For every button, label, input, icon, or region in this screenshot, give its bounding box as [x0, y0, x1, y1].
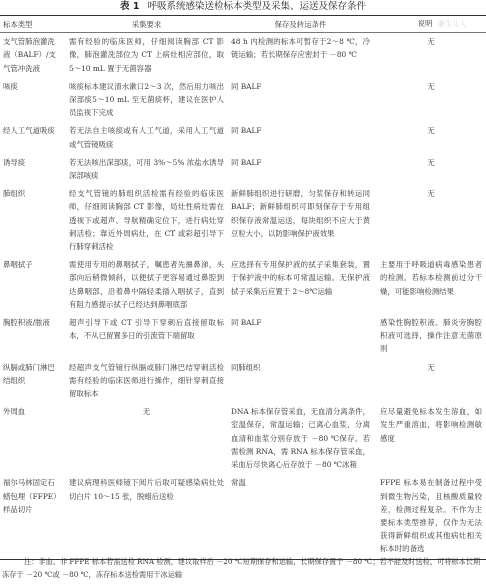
- cell-collection: 经超声支气管镜行纵膈或肺门淋巴结穿刺活检需有经验的临床医师进行操作，细针穿刺直接…: [66, 359, 228, 404]
- table-footnote: 注：非血、非 FFPE 标本若需送检 RNA 检测，建议取样后 －20 ℃短期保…: [2, 555, 484, 581]
- cell-collection: 超声引导下或 CT 引导下穿刺后直接留取标本，不从已留置多日的引流管下端留取: [66, 314, 228, 359]
- table-row: 鼻咽拭子 需使用专用的鼻咽拭子，嘱患者先擤鼻涕，头部向后稍微倾斜，以便拭子更容易…: [0, 256, 486, 314]
- header-collection: 采集要求: [66, 16, 228, 33]
- table-row: 福尔马林固定石蜡包埋（FFPE）样品切片 建议病理科医师镜下阅片后取可疑感染病灶…: [0, 474, 486, 559]
- table-row: 支气管肺泡灌洗液（BALF）/支气管冲洗液 需有经验的临床医师，仔细阅读胸部 C…: [0, 33, 486, 78]
- table-title: 呼吸系统感染送检标本类型及采集、运送及保存条件: [147, 1, 366, 12]
- table-caption: 表 1呼吸系统感染送检标本类型及采集、运送及保存条件: [0, 1, 486, 13]
- cell-type: 福尔马林固定石蜡包埋（FFPE）样品切片: [0, 474, 66, 559]
- cell-notes: 无: [374, 154, 486, 185]
- table-row: 咳痰 咳痰标本建议清水漱口2～3 次，然后用力咳出深部痰5～10 mL 至无菌痰…: [0, 78, 486, 123]
- header-storage: 保存及转运条件: [228, 16, 374, 33]
- cell-notes: 无: [374, 359, 486, 404]
- cell-notes: 无: [374, 122, 486, 153]
- cell-collection: 需使用专用的鼻咽拭子，嘱患者先擤鼻涕，头部向后稍微倾斜，以便拭子更容易通过鼻腔到…: [66, 256, 228, 314]
- cell-storage: 同 BALF: [228, 154, 374, 185]
- header-notes: 说明新生儿人: [374, 16, 486, 33]
- cell-notes: FFPE 标本易在制备过程中受到微生物污染，且核酸质量较差，检测过程复杂。不作为…: [374, 474, 486, 559]
- cell-type: 支气管肺泡灌洗液（BALF）/支气管冲洗液: [0, 33, 66, 78]
- cell-storage: 同 BALF: [228, 122, 374, 153]
- cell-collection: 无: [66, 403, 228, 474]
- cell-storage: 48 h 内检测的标本可暂存于2～8 ℃，冷链运输；若长期保存应密封于 －80 …: [228, 33, 374, 78]
- cell-notes: 感染性胸腔积液、肺炎旁胸腔积液可选择，操作注意无菌原则: [374, 314, 486, 359]
- cell-notes: 无: [374, 33, 486, 78]
- specimen-table: 标本类型 采集要求 保存及转运条件 说明新生儿人 支气管肺泡灌洗液（BALF）/…: [0, 15, 486, 560]
- cell-type: 外周血: [0, 403, 66, 474]
- table-row: 外周血 无 DNA 标本保存管采血，无血清分离条件，室温保存，常温运输；已离心血…: [0, 403, 486, 474]
- cell-storage: 同肺组织: [228, 359, 374, 404]
- cell-notes: 应尽量避免标本发生溶血，如发生严重溶血，将影响检测敏感度: [374, 403, 486, 474]
- watermark: 新生儿人: [438, 20, 466, 28]
- cell-notes: 主要用于呼吸道病毒感染患者的检测。若标本检测前过分干燥，可能影响检测结果: [374, 256, 486, 314]
- cell-collection: 需有经验的临床医师，仔细阅读胸部 CT 影像，肺泡灌洗部位为 CT 上病灶相应部…: [66, 33, 228, 78]
- cell-type: 鼻咽拭子: [0, 256, 66, 314]
- cell-type: 纵膈或肺门淋巴结组织: [0, 359, 66, 404]
- cell-collection: 建议病理科医师镜下阅片后取可疑感染病灶处切白片 10～15 张，脱蜡后送检: [66, 474, 228, 559]
- table-row: 纵膈或肺门淋巴结组织 经超声支气管镜行纵膈或肺门淋巴结穿刺活检需有经验的临床医师…: [0, 359, 486, 404]
- cell-type: 咳痰: [0, 78, 66, 123]
- cell-type: 胸腔积液/脓液: [0, 314, 66, 359]
- cell-type: 肺组织: [0, 185, 66, 256]
- cell-collection: 若无法自主咳痰或有人工气道，采用人工气道或气管镜吸痰: [66, 122, 228, 153]
- table-row: 肺组织 经支气管镜的肺组织活检需有经验的临床医师，仔细阅读胸部 CT 影像，局灶…: [0, 185, 486, 256]
- cell-storage: 同 BALF: [228, 314, 374, 359]
- cell-notes: 无: [374, 185, 486, 256]
- table-number: 表 1: [120, 1, 139, 12]
- cell-storage: 新鲜肺组织进行研磨，匀浆保存和转运同 BALF；新鲜肺组织可即刻保存于专用组织保…: [228, 185, 374, 256]
- cell-type: 诱导痰: [0, 154, 66, 185]
- table-row: 诱导痰 若无法咳出深部痰，可用 3%～5% 浓盐水诱导深部咳痰 同 BALF 无: [0, 154, 486, 185]
- header-specimen-type: 标本类型: [0, 16, 66, 33]
- table-row: 经人工气道吸痰 若无法自主咳痰或有人工气道，采用人工气道或气管镜吸痰 同 BAL…: [0, 122, 486, 153]
- cell-collection: 经支气管镜的肺组织活检需有经验的临床医师，仔细阅读胸部 CT 影像，局灶性病灶需…: [66, 185, 228, 256]
- table-row: 胸腔积液/脓液 超声引导下或 CT 引导下穿刺后直接留取标本，不从已留置多日的引…: [0, 314, 486, 359]
- cell-storage: 常温: [228, 474, 374, 559]
- cell-collection: 若无法咳出深部痰，可用 3%～5% 浓盐水诱导深部咳痰: [66, 154, 228, 185]
- cell-notes: 无: [374, 78, 486, 123]
- cell-collection: 咳痰标本建议清水漱口2～3 次，然后用力咳出深部痰5～10 mL 至无菌痰杯，建…: [66, 78, 228, 123]
- table-header-row: 标本类型 采集要求 保存及转运条件 说明新生儿人: [0, 16, 486, 33]
- cell-storage: DNA 标本保存管采血，无血清分离条件，室温保存，常温运输；已离心血浆，分离血清…: [228, 403, 374, 474]
- cell-type: 经人工气道吸痰: [0, 122, 66, 153]
- cell-storage: 应选择有专用保护液的拭子采集套装，置于保护液中的标本可常温运输。无保护液拭子采集…: [228, 256, 374, 314]
- cell-storage: 同 BALF: [228, 78, 374, 123]
